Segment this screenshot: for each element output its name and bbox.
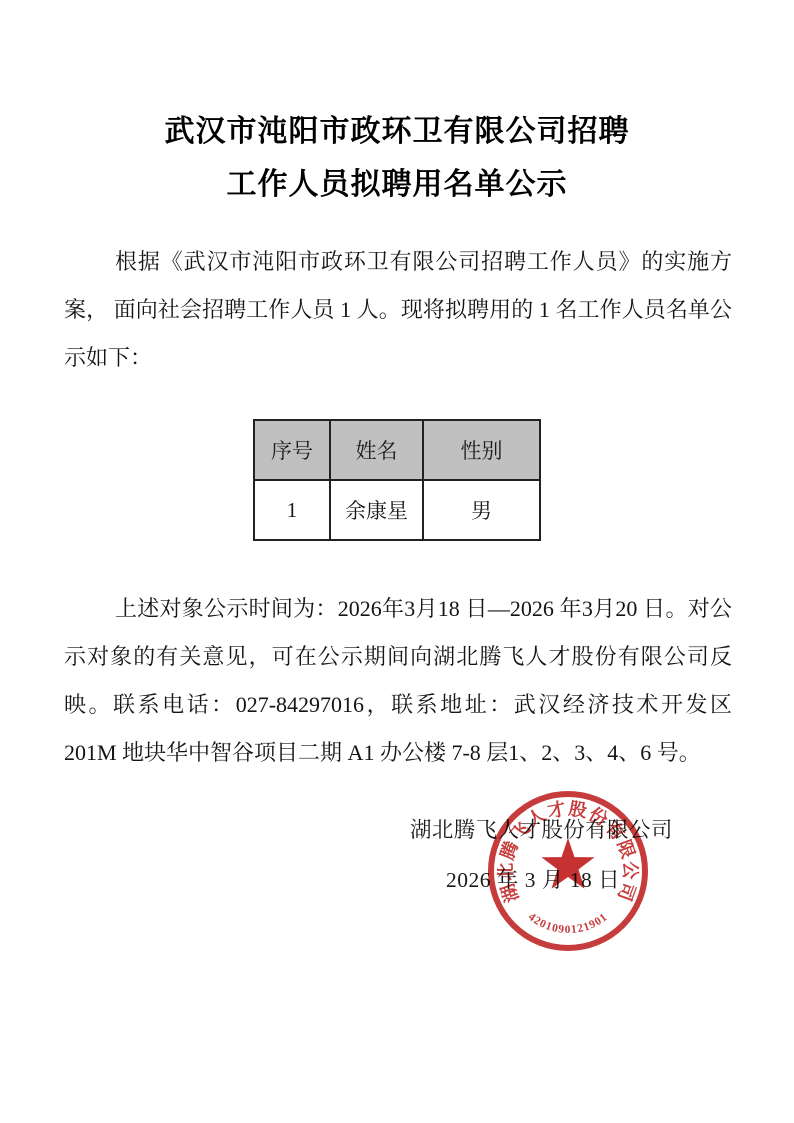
header-cell-name: 姓名 bbox=[330, 420, 423, 480]
document-title: 武汉市沌阳市政环卫有限公司招聘 工作人员拟聘用名单公示 bbox=[0, 0, 794, 211]
intro-paragraph: 根据《武汉市沌阳市政环卫有限公司招聘工作人员》的实施方案， 面向社会招聘工作人员… bbox=[64, 238, 732, 382]
header-cell-gender: 性别 bbox=[423, 420, 540, 480]
table-header-row: 序号 姓名 性别 bbox=[254, 420, 540, 480]
table-row: 1 余康星 男 bbox=[254, 480, 540, 540]
signature-date: 2026 年 3 月 18 日 bbox=[446, 863, 620, 894]
roster-table: 序号 姓名 性别 1 余康星 男 bbox=[253, 419, 541, 541]
title-line-2: 工作人员拟聘用名单公示 bbox=[0, 158, 794, 211]
cell-index: 1 bbox=[254, 480, 330, 540]
cell-name: 余康星 bbox=[330, 480, 423, 540]
document-page: 武汉市沌阳市政环卫有限公司招聘 工作人员拟聘用名单公示 根据《武汉市沌阳市政环卫… bbox=[0, 0, 794, 1123]
notice-paragraph: 上述对象公示时间为：2026年3月18 日—2026 年3月20 日。对公示对象… bbox=[64, 585, 732, 777]
title-line-1: 武汉市沌阳市政环卫有限公司招聘 bbox=[0, 105, 794, 158]
seal-code-text: 4201090121901 bbox=[526, 911, 611, 936]
header-cell-index: 序号 bbox=[254, 420, 330, 480]
signature-company: 湖北腾飞人才股份有限公司 bbox=[410, 813, 673, 844]
cell-gender: 男 bbox=[423, 480, 540, 540]
